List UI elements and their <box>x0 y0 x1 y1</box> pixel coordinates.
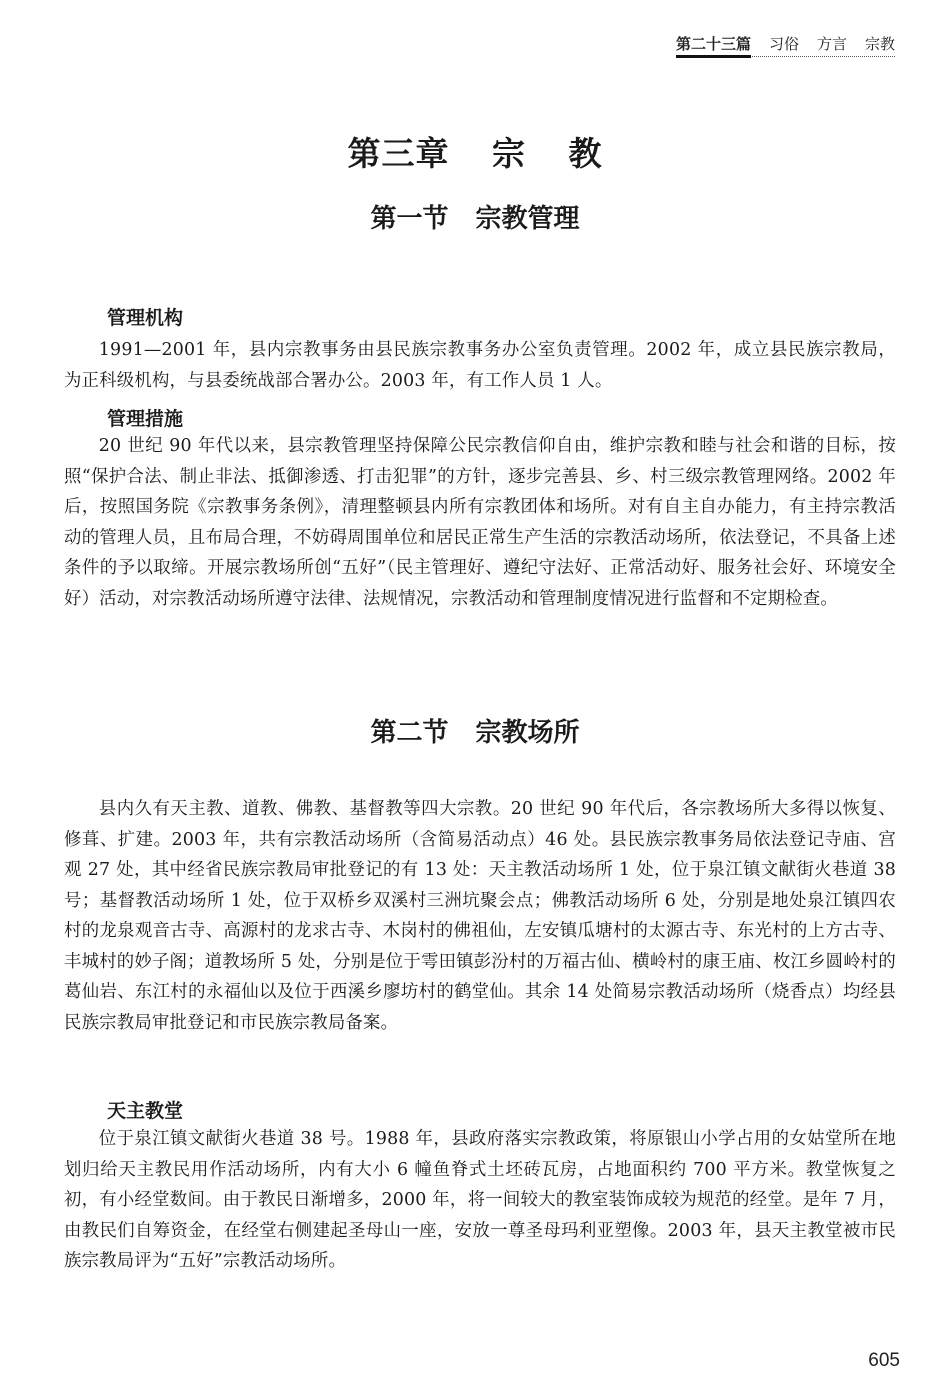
running-head-topic: 宗教 <box>865 33 895 54</box>
paragraph: 20 世纪 90 年代以来，县宗教管理坚持保障公民宗教信仰自由，维护宗教和睦与社… <box>64 431 896 614</box>
subsection-heading: 管理措施 <box>107 404 183 431</box>
running-head-topic: 习俗 <box>769 33 799 54</box>
running-head-topic: 方言 <box>817 33 847 54</box>
subsection-heading: 管理机构 <box>107 303 183 330</box>
running-head-part: 第二十三篇 <box>676 33 751 58</box>
section-title: 第一节 宗教管理 <box>0 198 950 235</box>
paragraph: 位于泉江镇文献街火巷道 38 号。1988 年，县政府落实宗教政策，将原银山小学… <box>64 1124 896 1277</box>
paragraph: 县内久有天主教、道教、佛教、基督教等四大宗教。20 世纪 90 年代后，各宗教场… <box>64 794 896 1038</box>
chapter-title: 第三章 宗 教 <box>0 128 950 175</box>
section-title: 第二节 宗教场所 <box>0 712 950 749</box>
subsection-heading: 天主教堂 <box>107 1096 183 1123</box>
paragraph: 1991—2001 年，县内宗教事务由县民族宗教事务办公室负责管理。2002 年… <box>64 335 896 396</box>
page-number: 605 <box>868 1350 900 1372</box>
running-head: 第二十三篇 习俗 方言 宗教 <box>676 30 895 57</box>
